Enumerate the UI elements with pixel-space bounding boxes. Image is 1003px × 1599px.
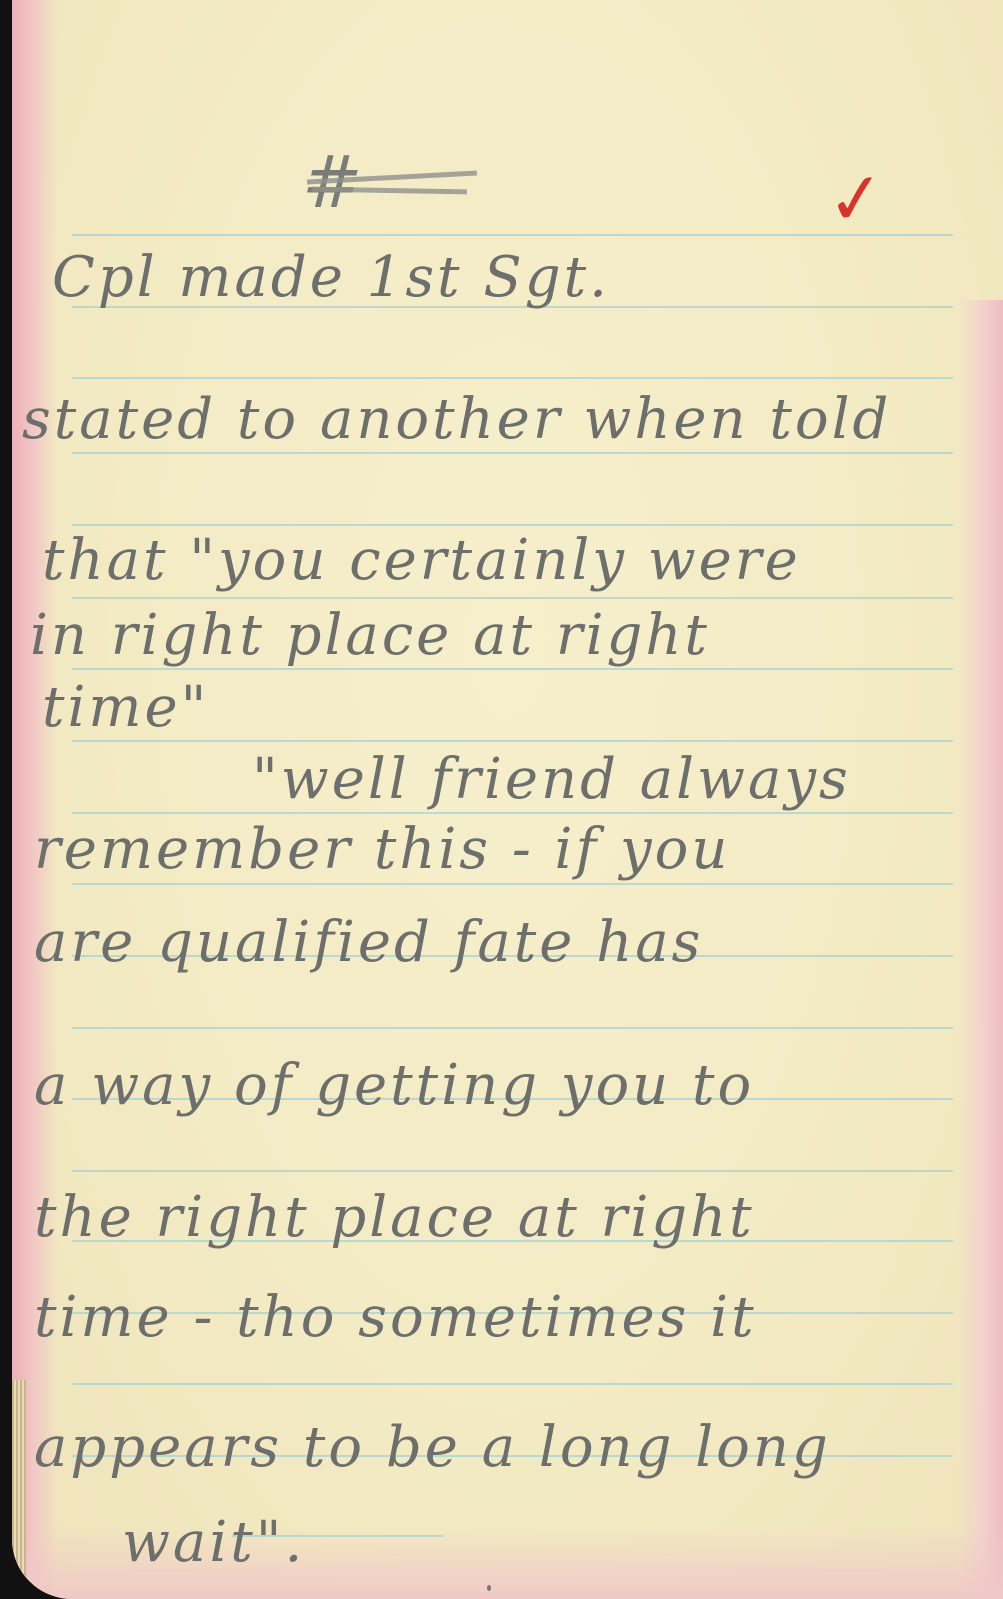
ruled-line xyxy=(72,234,953,236)
page-stack-edge xyxy=(12,1380,26,1599)
handwritten-line-2: stated to another when told xyxy=(22,392,953,448)
ruled-line xyxy=(72,740,953,742)
ruled-line xyxy=(72,452,953,454)
handwritten-line-3: that "you certainly were xyxy=(42,533,953,589)
page-edge-tint-left xyxy=(12,0,57,1599)
handwritten-line-5: time" xyxy=(42,680,953,736)
handwritten-line-1: Cpl made 1st Sgt. xyxy=(52,250,953,306)
ruled-line xyxy=(72,812,953,814)
page-edge-tint-right xyxy=(958,300,1003,1599)
handwritten-line-8: are qualified fate has xyxy=(34,915,953,971)
ruled-line xyxy=(72,524,953,526)
handwritten-line-13: wait". xyxy=(122,1515,953,1571)
notebook-spine xyxy=(0,0,12,1599)
ruled-line xyxy=(72,883,953,885)
handwritten-line-12: appears to be a long long xyxy=(34,1420,953,1476)
handwritten-line-9: a way of getting you to xyxy=(34,1058,953,1114)
ruled-line xyxy=(72,1027,953,1029)
ruled-line xyxy=(72,668,953,670)
pencil-mark xyxy=(487,1585,491,1591)
handwritten-line-4: in right place at right xyxy=(30,608,953,664)
ruled-line xyxy=(72,377,953,379)
notebook-page: # ✓ Cpl made 1st Sgt. stated to another … xyxy=(12,0,1003,1599)
handwritten-line-6: "well friend always xyxy=(252,752,953,808)
ruled-line xyxy=(72,1383,953,1385)
handwritten-line-11: time - tho sometimes it xyxy=(34,1290,953,1346)
handwritten-line-10: the right place at right xyxy=(34,1190,953,1246)
ruled-line xyxy=(72,597,953,599)
ruled-line xyxy=(72,1170,953,1172)
red-check-mark-icon: ✓ xyxy=(823,155,890,243)
handwritten-line-7: remember this - if you xyxy=(34,822,953,878)
